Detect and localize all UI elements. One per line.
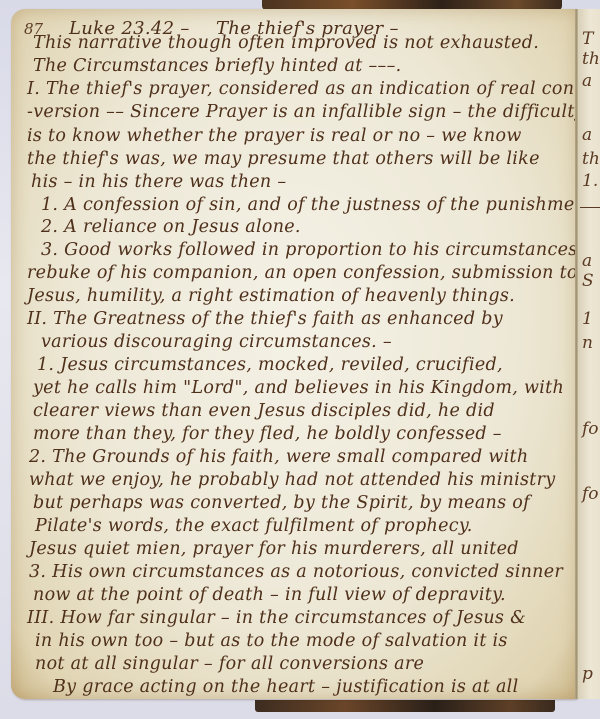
text-line: Jesus quiet mien, prayer for his murdere… xyxy=(29,539,519,559)
adjacent-text-fragment: 1. xyxy=(582,171,598,191)
adjacent-text-fragment: fo xyxy=(582,484,599,504)
adjacent-text-fragment: n xyxy=(582,333,593,353)
text-line: now at the point of death – in full view… xyxy=(33,585,506,605)
section-heading-iii: III. How far singular – in the circumsta… xyxy=(27,608,526,628)
text-line: Pilate's words, the exact fulfilment of … xyxy=(35,516,473,536)
text-line: various discouraging circumstances. – xyxy=(41,332,392,352)
list-item: 2. A reliance on Jesus alone. xyxy=(41,217,301,237)
text-line: what we enjoy, he probably had not atten… xyxy=(29,470,556,490)
manuscript-page: 87 Luke 23.42 – The thief's prayer – Thi… xyxy=(11,9,578,699)
adjacent-text-fragment: S xyxy=(582,271,594,291)
text-line: The Circumstances briefly hinted at –––. xyxy=(33,56,401,76)
list-item: 3. His own circumstances as a notorious,… xyxy=(29,562,563,582)
text-line: is to know whether the prayer is real or… xyxy=(27,126,522,146)
adjacent-text-fragment: th xyxy=(582,149,600,169)
list-item: 3. Good works followed in proportion to … xyxy=(41,240,578,260)
adjacent-text-fragment: th xyxy=(582,49,600,69)
book-cover-edge-bottom xyxy=(255,700,555,712)
adjacent-text-fragment: 1 xyxy=(582,309,593,329)
list-item: 2. The Grounds of his faith, were small … xyxy=(29,447,528,467)
text-line: the thief's was, we may presume that oth… xyxy=(27,149,540,169)
adjacent-text-fragment: fo xyxy=(582,419,599,439)
text-line: in his own too – but as to the mode of s… xyxy=(35,631,508,651)
list-item: 1. Jesus circumstances, mocked, reviled,… xyxy=(37,355,503,375)
text-line: rebuke of his companion, an open confess… xyxy=(27,263,578,283)
text-line: his – in his there was then – xyxy=(31,172,286,192)
list-item: 1. A confession of sin, and of the justn… xyxy=(41,195,593,215)
adjacent-text-fragment: p xyxy=(582,664,593,684)
adjacent-text-fragment: a xyxy=(582,125,592,145)
text-line: but perhaps was converted, by the Spirit… xyxy=(33,493,530,513)
text-line: clearer views than even Jesus disciples … xyxy=(33,401,495,421)
text-line: not at all singular – for all conversion… xyxy=(35,654,424,674)
text-line: yet he calls him "Lord", and believes in… xyxy=(33,378,564,398)
section-heading-ii: II. The Greatness of the thief's faith a… xyxy=(27,309,503,329)
adjacent-text-fragment: a xyxy=(582,71,592,91)
text-line: more than they, for they fled, he boldly… xyxy=(33,424,502,444)
adjacent-page-edge: T th a a th 1. a S 1 n fo fo p xyxy=(578,9,600,699)
adjacent-text-fragment: a xyxy=(582,251,592,271)
adjacent-text-fragment: T xyxy=(582,29,593,49)
text-line: -version –– Sincere Prayer is an infalli… xyxy=(27,102,585,122)
text-line: This narrative though often improved is … xyxy=(33,33,539,53)
adjacent-page-rule xyxy=(580,207,600,208)
text-line: By grace acting on the heart – justifica… xyxy=(53,677,518,697)
section-heading-i: I. The thief's prayer, considered as an … xyxy=(27,79,581,99)
text-line: Jesus, humility, a right estimation of h… xyxy=(27,286,515,306)
